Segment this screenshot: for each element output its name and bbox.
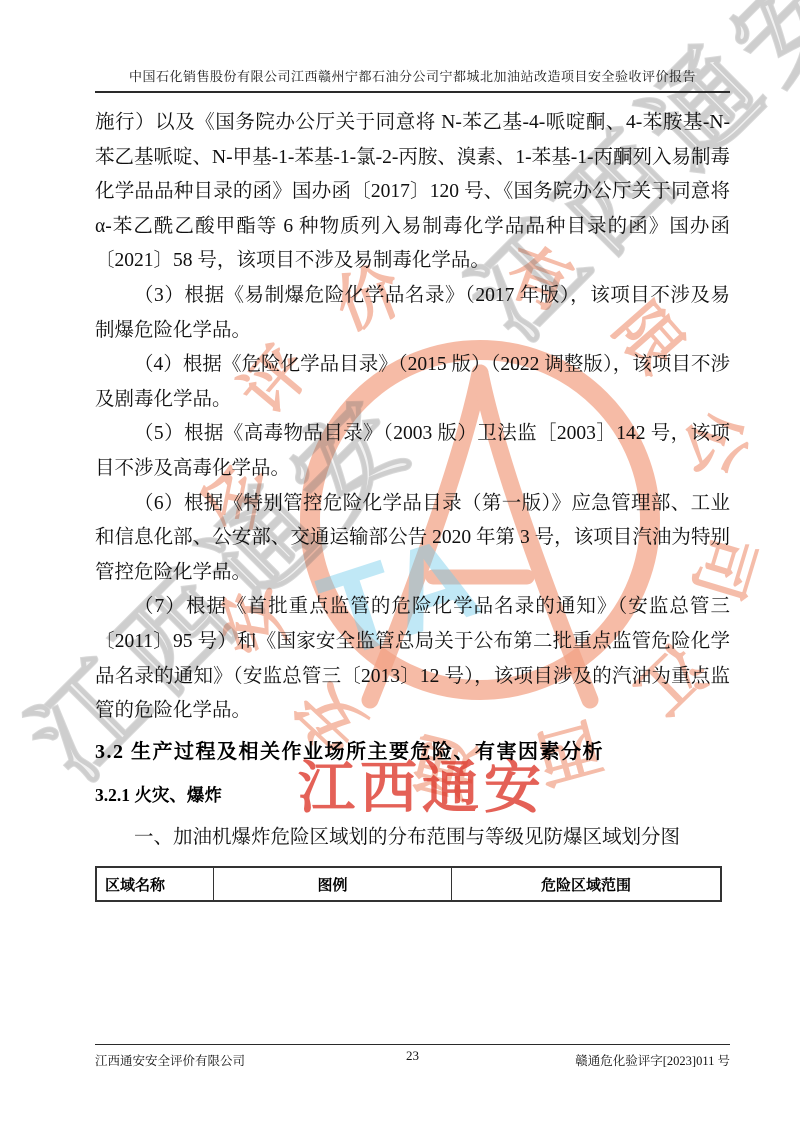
footer-company-name: 江西通安安全评价有限公司 xyxy=(95,1048,245,1069)
table-lead-line: 一、加油机爆炸危险区域划的分布范围与等级见防爆区域划分图 xyxy=(95,821,730,856)
footer-page-number: 23 xyxy=(406,1048,419,1064)
paragraph-continuation: 施行）以及《国务院办公厅关于同意将 N-苯乙基-4-哌啶酮、4-苯胺基-N-苯乙… xyxy=(95,106,730,279)
paragraph-item-5: （5）根据《高毒物品目录》（2003 版）卫法监［2003］142 号，该项目不… xyxy=(95,417,730,486)
paragraph-item-3: （3）根据《易制爆危险化学品名录》（2017 年版），该项目不涉及易制爆危险化学… xyxy=(95,279,730,348)
footer-rule xyxy=(95,1044,730,1045)
column-header-danger-range: 危险区域范围 xyxy=(452,867,721,901)
paragraph-item-6: （6）根据《特别管控危险化学品目录（第一版）》应急管理部、工业和信息化部、公安部… xyxy=(95,487,730,591)
page-content: 中国石化销售股份有限公司江西赣州宁都石油分公司宁都城北加油站改造项目安全验收评价… xyxy=(0,0,800,1131)
subsection-heading-3-2-1: 3.2.1 火灾、爆炸 xyxy=(95,783,730,807)
footer-doc-number: 赣通危化验评字[2023]011 号 xyxy=(575,1048,730,1069)
explosion-zone-table: 区域名称 图例 危险区域范围 xyxy=(95,866,722,902)
table-header-row: 区域名称 图例 危险区域范围 xyxy=(96,867,721,901)
column-header-legend: 图例 xyxy=(213,867,451,901)
section-heading-3-2: 3.2 生产过程及相关作业场所主要危险、有害因素分析 xyxy=(95,738,730,766)
header-rule xyxy=(95,91,730,93)
body-text-block: 施行）以及《国务院办公厅关于同意将 N-苯乙基-4-哌啶酮、4-苯胺基-N-苯乙… xyxy=(95,106,730,902)
page-footer: 江西通安安全评价有限公司 23 赣通危化验评字[2023]011 号 xyxy=(95,1048,730,1069)
page-header-title: 中国石化销售股份有限公司江西赣州宁都石油分公司宁都城北加油站改造项目安全验收评价… xyxy=(95,66,730,85)
paragraph-item-4: （4）根据《危险化学品目录》（2015 版）（2022 调整版），该项目不涉及剧… xyxy=(95,348,730,417)
column-header-zone-name: 区域名称 xyxy=(96,867,213,901)
paragraph-item-7: （7）根据《首批重点监管的危险化学品名录的通知》（安监总管三〔2011〕95 号… xyxy=(95,590,730,728)
report-page: 有限公司江西通安安全评价 江西通安 江西通安 TA 江西通安 中国石化销售股份有… xyxy=(0,0,800,1131)
